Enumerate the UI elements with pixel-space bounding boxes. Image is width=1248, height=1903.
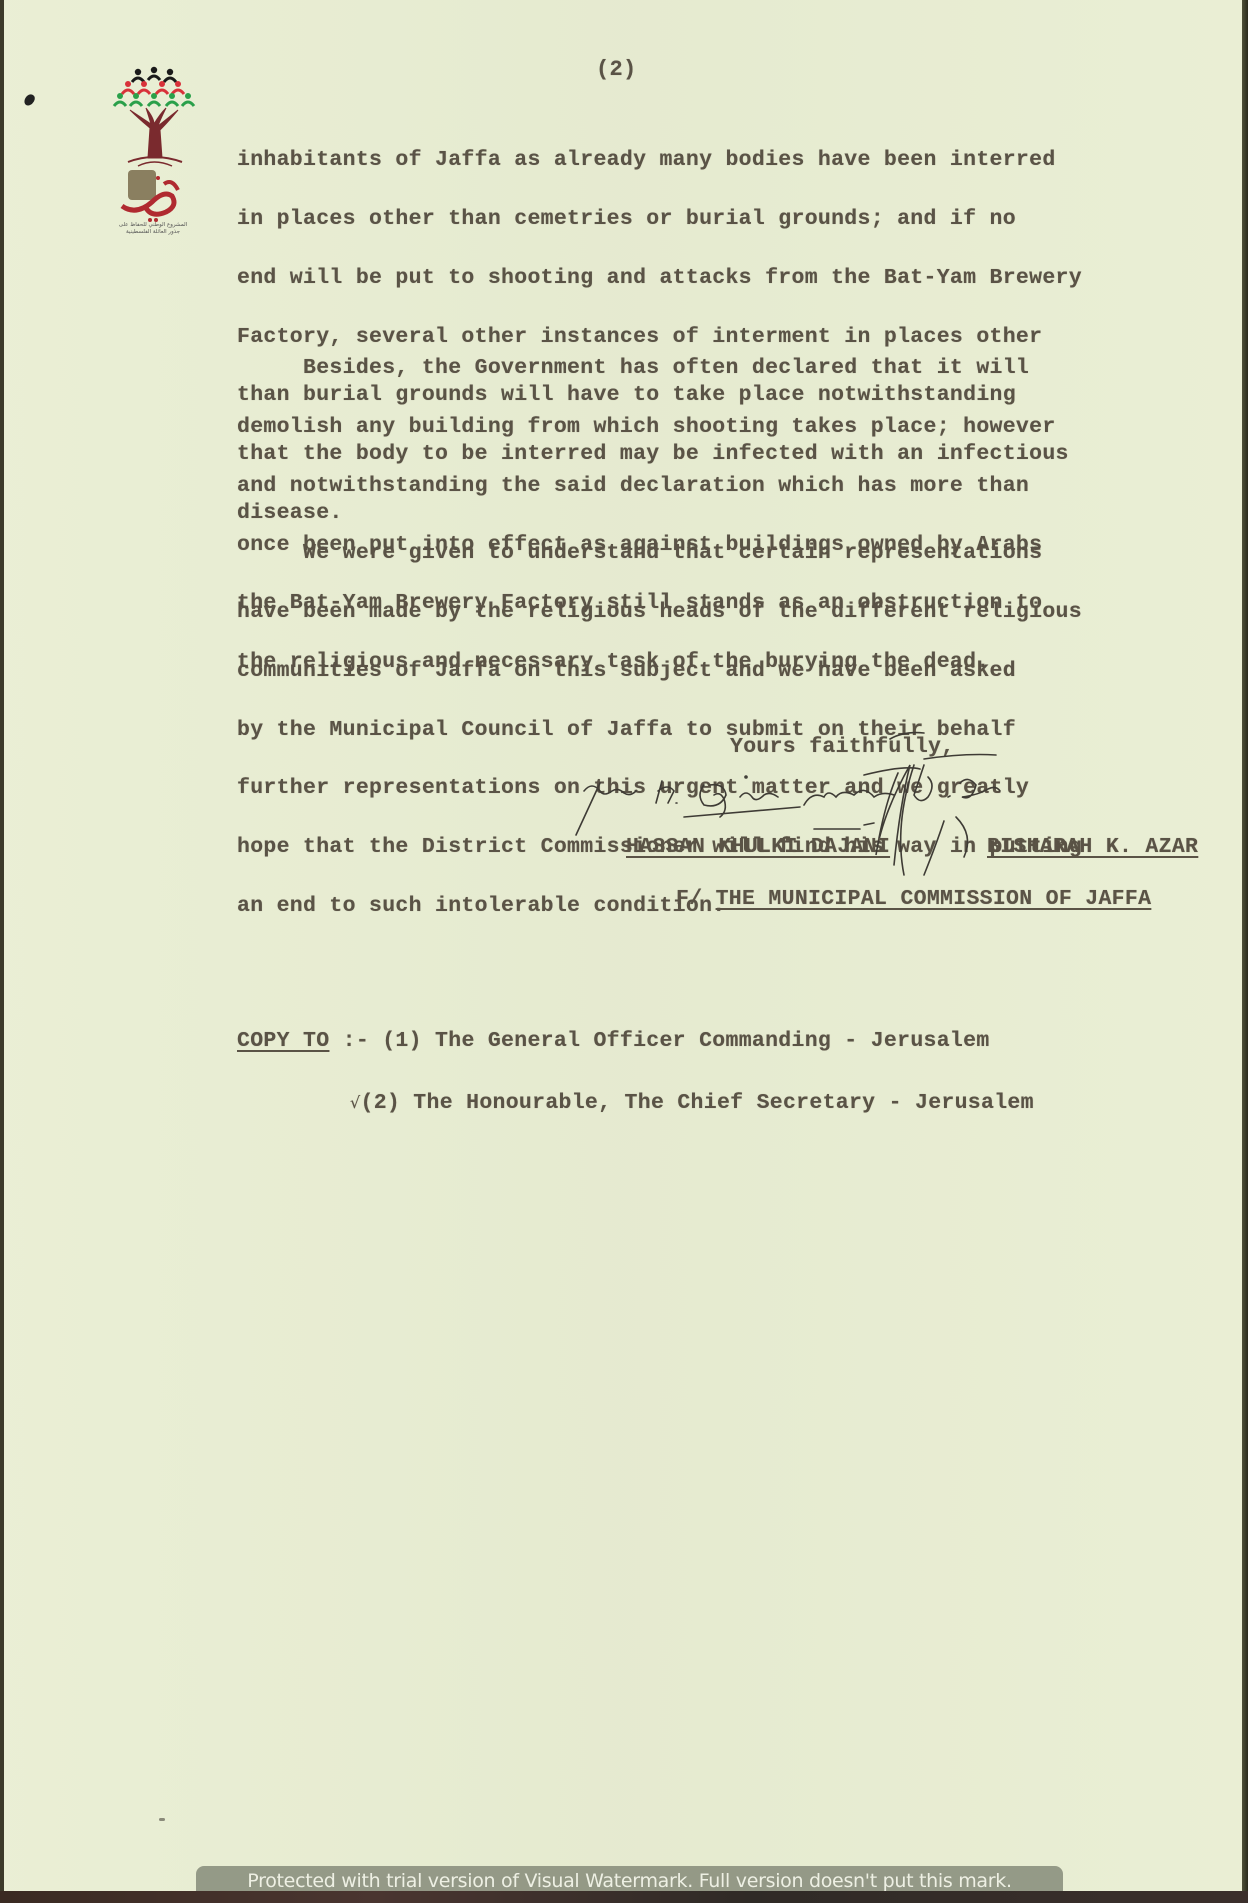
text-line: end will be put to shooting and attacks …: [237, 269, 1247, 289]
organization-name: THE MUNICIPAL COMMISSION OF JAFFA: [716, 887, 1152, 911]
text-line: and notwithstanding the said declaration…: [237, 477, 1247, 497]
logo-caption: المشروع الوطني للحفاظ على جذور العائلة ا…: [104, 222, 202, 236]
text-line: Besides, the Government has often declar…: [237, 359, 1247, 379]
text-line: have been made by the religious heads of…: [237, 603, 1247, 623]
document-page: المشروع الوطني للحفاظ على جذور العائلة ا…: [0, 0, 1242, 1893]
scan-edge-bottom: [0, 1891, 1248, 1903]
copy-to-line-2: √(2) The Honourable, The Chief Secretary…: [237, 1093, 1034, 1115]
copy-to-line-1: COPY TO :- (1) The General Officer Comma…: [237, 1032, 1034, 1054]
closing: Yours faithfully,: [730, 738, 954, 758]
paper-mark: [159, 1818, 165, 1821]
copy-recipient: (1) The General Officer Commanding - Jer…: [382, 1029, 989, 1053]
text-line: inhabitants of Jaffa as already many bod…: [237, 151, 1247, 171]
copy-to-separator: :-: [329, 1029, 382, 1053]
hawiya-calligraphy-icon: [122, 170, 178, 222]
text-line: communities of Jaffa on this subject and…: [237, 662, 1247, 682]
text-line: further representations on this urgent m…: [237, 779, 1247, 799]
text-line: demolish any building from which shootin…: [237, 418, 1247, 438]
ink-spot: [23, 93, 37, 108]
page-number: (2): [596, 60, 637, 80]
text-line: We were given to understand that certain…: [237, 544, 1247, 564]
signatory-name-2: BISHARAH K. AZAR: [987, 838, 1198, 858]
people-icon: [114, 67, 194, 106]
copy-recipient: (2) The Honourable, The Chief Secretary …: [361, 1091, 1034, 1115]
signatory-name-1: HASSAN KHULKI DAJANI: [626, 838, 890, 858]
copy-to-label: COPY TO: [237, 1029, 329, 1053]
check-mark-icon: √: [350, 1093, 361, 1112]
copy-to-block: COPY TO :- (1) The General Officer Comma…: [237, 993, 1034, 1155]
scan-edge-right: [1242, 0, 1248, 1903]
tree-icon: [128, 108, 182, 166]
hawiya-logo: [108, 66, 200, 242]
organization-line: F/ THE MUNICIPAL COMMISSION OF JAFFA: [676, 890, 1151, 910]
text-line: in places other than cemetries or burial…: [237, 210, 1247, 230]
for-prefix: F/: [676, 887, 702, 911]
